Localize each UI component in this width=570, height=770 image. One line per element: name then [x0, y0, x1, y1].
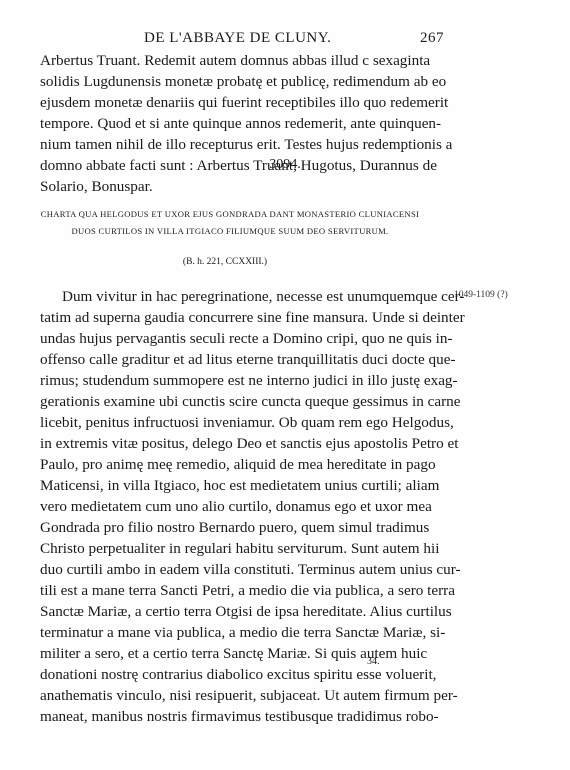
- running-head: DE L'ABBAYE DE CLUNY. 267: [40, 30, 450, 50]
- text-line: Paulo, pro animę meę remedio, aliquid de…: [40, 454, 405, 475]
- text-line: terminatur a mane via publica, a medio d…: [40, 622, 405, 643]
- charter-rubric: CHARTA QUA HELGODUS ET UXOR EJUS GONDRAD…: [40, 206, 420, 240]
- source-reference: (B. h. 221, CCXXIII.): [0, 257, 450, 267]
- text-line: tili est a mane terra Sancti Petri, a me…: [40, 580, 405, 601]
- signature-mark: 34.: [367, 656, 380, 667]
- charter-number: 3094.: [0, 157, 570, 173]
- text-line: anathematis vinculo, nisi resipuerit, su…: [40, 685, 405, 706]
- charter-text: Dum vivitur in hac peregrinatione, neces…: [40, 286, 405, 727]
- text-line: militer a sero, et a certio terra Sanctę…: [40, 643, 405, 664]
- text-line: ejusdem monetæ denariis qui fuerint rece…: [40, 92, 405, 113]
- text-line: nium tamen nihil de illo recepturus erit…: [40, 134, 405, 155]
- text-line: duo curtili ambo in eadem villa constitu…: [40, 559, 405, 580]
- text-line: vero medietatem cum uno alio curtilo, do…: [40, 496, 405, 517]
- text-line: solidis Lugdunensis monetæ probatę et pu…: [40, 71, 405, 92]
- text-line: Gondrada pro filio nostro Bernardo puero…: [40, 517, 405, 538]
- text-line: tempore. Quod et si ante quinque annos r…: [40, 113, 405, 134]
- page-number: 267: [420, 30, 444, 47]
- running-title: DE L'ABBAYE DE CLUNY.: [144, 30, 331, 47]
- text-line: Solario, Bonuspar.: [40, 176, 405, 197]
- text-line: offenso calle graditur et ad litus etern…: [40, 349, 405, 370]
- text-line: tatim ad superna gaudia concurrere sine …: [40, 307, 405, 328]
- text-line: Christo perpetualiter in regulari habitu…: [40, 538, 405, 559]
- text-line: Maticensi, in villa Itgiaco, hoc est med…: [40, 475, 405, 496]
- text-line: maneat, manibus nostris firmavimus testi…: [40, 706, 405, 727]
- text-line: Dum vivitur in hac peregrinatione, neces…: [40, 286, 405, 307]
- rubric-line: DUOS CURTILOS IN VILLA ITGIACO FILIUMQUE…: [40, 223, 420, 240]
- text-line: donationi nostrę contrarius diabolico ex…: [40, 664, 405, 685]
- text-line: Arbertus Truant. Redemit autem domnus ab…: [40, 50, 405, 71]
- text-line: gerationis examine ubi cunctis scire cun…: [40, 391, 405, 412]
- text-line: undas hujus pervagantis seculi recte a D…: [40, 328, 405, 349]
- text-line: in extremis vitæ positus, delego Deo et …: [40, 433, 405, 454]
- intro-paragraph: Arbertus Truant. Redemit autem domnus ab…: [40, 50, 405, 197]
- rubric-line: CHARTA QUA HELGODUS ET UXOR EJUS GONDRAD…: [40, 206, 420, 223]
- text-line: licebit, penitus infructuosi inveniamur.…: [40, 412, 405, 433]
- text-line: Sanctæ Mariæ, a certio terra Otgisi de i…: [40, 601, 405, 622]
- document-page: DE L'ABBAYE DE CLUNY. 267 Arbertus Truan…: [0, 0, 570, 770]
- text-line: rimus; studendum summopere est ne intern…: [40, 370, 405, 391]
